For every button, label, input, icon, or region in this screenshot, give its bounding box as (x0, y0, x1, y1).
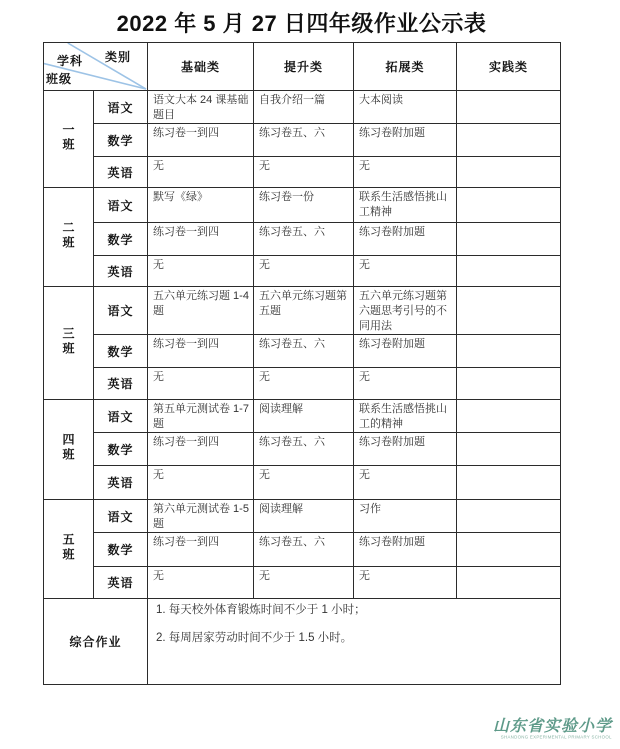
homework-cell: 五六单元练习题第六题思考引号的不同用法 (354, 287, 457, 335)
class-1-label: 一班 (44, 91, 94, 188)
homework-cell: 练习卷一到四 (148, 533, 254, 567)
table-row: 英语 无 无 无 (44, 157, 561, 188)
subject-label: 数学 (94, 223, 148, 256)
homework-cell (457, 368, 561, 400)
homework-cell: 第六单元测试卷 1-5 题 (148, 500, 254, 533)
homework-cell: 无 (148, 567, 254, 599)
homework-cell (457, 124, 561, 157)
homework-cell: 阅读理解 (254, 400, 354, 433)
homework-cell (457, 567, 561, 599)
homework-cell: 第五单元测试卷 1-7 题 (148, 400, 254, 433)
class-3-label: 三班 (44, 287, 94, 400)
table-row: 英语 无 无 无 (44, 368, 561, 400)
homework-cell: 无 (354, 567, 457, 599)
school-watermark: 山东省实验小学 SHANDONG EXPERIMENTAL PRIMARY SC… (410, 718, 612, 743)
table-row: 英语 无 无 无 (44, 567, 561, 599)
table-row: 三班 语文 五六单元练习题 1-4 题 五六单元练习题第五题 五六单元练习题第六… (44, 287, 561, 335)
homework-cell (457, 287, 561, 335)
table-row: 五班 语文 第六单元测试卷 1-5 题 阅读理解 习作 (44, 500, 561, 533)
subject-label: 语文 (94, 188, 148, 223)
corner-cell: 学科 类别 班级 (44, 43, 148, 91)
homework-cell: 练习卷五、六 (254, 335, 354, 368)
homework-cell: 语文大本 24 课基础题目 (148, 91, 254, 124)
homework-cell: 默写《绿》 (148, 188, 254, 223)
table-row: 数学 练习卷一到四 练习卷五、六 练习卷附加题 (44, 223, 561, 256)
homework-cell: 无 (254, 256, 354, 287)
subject-label: 英语 (94, 256, 148, 287)
table-row: 英语 无 无 无 (44, 256, 561, 287)
subject-label: 语文 (94, 400, 148, 433)
homework-cell: 练习卷一到四 (148, 223, 254, 256)
homework-cell: 无 (254, 157, 354, 188)
homework-cell: 无 (354, 157, 457, 188)
table-row: 数学 练习卷一到四 练习卷五、六 练习卷附加题 (44, 124, 561, 157)
table-row: 一班 语文 语文大本 24 课基础题目 自我介绍一篇 大本阅读 (44, 91, 561, 124)
page-title: 2022 年 5 月 27 日四年级作业公示表 (43, 7, 560, 38)
homework-cell (457, 335, 561, 368)
note-line-2: 2. 每周居家劳动时间不少于 1.5 小时。 (156, 631, 554, 646)
homework-cell: 练习卷附加题 (354, 533, 457, 567)
homework-cell (457, 157, 561, 188)
homework-cell: 联系生活感悟挑山工的精神 (354, 400, 457, 433)
homework-cell (457, 533, 561, 567)
homework-cell (457, 500, 561, 533)
homework-cell: 练习卷五、六 (254, 433, 354, 466)
comprehensive-homework-label: 综合作业 (44, 599, 148, 685)
subject-label: 数学 (94, 335, 148, 368)
homework-cell: 无 (148, 157, 254, 188)
class-4-label: 四班 (44, 400, 94, 500)
homework-cell: 五六单元练习题 1-4 题 (148, 287, 254, 335)
table-row: 英语 无 无 无 (44, 466, 561, 500)
homework-cell: 无 (148, 256, 254, 287)
corner-category-label: 类别 (105, 48, 131, 65)
column-header-practice: 实践类 (457, 43, 561, 91)
homework-cell (457, 433, 561, 466)
column-header-expand: 拓展类 (354, 43, 457, 91)
homework-cell: 练习卷五、六 (254, 533, 354, 567)
homework-cell (457, 223, 561, 256)
subject-label: 数学 (94, 533, 148, 567)
subject-label: 数学 (94, 124, 148, 157)
homework-cell: 无 (254, 368, 354, 400)
homework-cell: 联系生活感悟挑山工精神 (354, 188, 457, 223)
table-row: 二班 语文 默写《绿》 练习卷一份 联系生活感悟挑山工精神 (44, 188, 561, 223)
homework-cell (457, 256, 561, 287)
homework-cell: 练习卷一到四 (148, 335, 254, 368)
homework-cell: 无 (148, 368, 254, 400)
footer-row: 综合作业 1. 每天校外体育锻炼时间不少于 1 小时； 2. 每周居家劳动时间不… (44, 599, 561, 685)
homework-cell (457, 400, 561, 433)
homework-cell: 练习卷附加题 (354, 433, 457, 466)
homework-cell: 无 (148, 466, 254, 500)
homework-cell: 无 (254, 466, 354, 500)
homework-cell: 练习卷附加题 (354, 335, 457, 368)
subject-label: 语文 (94, 287, 148, 335)
homework-cell: 习作 (354, 500, 457, 533)
homework-cell: 练习卷一份 (254, 188, 354, 223)
class-5-label: 五班 (44, 500, 94, 599)
homework-cell: 五六单元练习题第五题 (254, 287, 354, 335)
homework-cell: 练习卷一到四 (148, 433, 254, 466)
corner-subject-label: 学科 (57, 52, 83, 69)
homework-cell: 阅读理解 (254, 500, 354, 533)
corner-class-label: 班级 (46, 70, 72, 87)
subject-label: 语文 (94, 91, 148, 124)
homework-cell (457, 91, 561, 124)
subject-label: 英语 (94, 466, 148, 500)
subject-label: 语文 (94, 500, 148, 533)
comprehensive-homework-notes: 1. 每天校外体育锻炼时间不少于 1 小时； 2. 每周居家劳动时间不少于 1.… (148, 599, 561, 685)
table-row: 数学 练习卷一到四 练习卷五、六 练习卷附加题 (44, 533, 561, 567)
note-line-1: 1. 每天校外体育锻炼时间不少于 1 小时； (156, 603, 554, 618)
homework-cell: 无 (354, 256, 457, 287)
homework-cell: 无 (354, 466, 457, 500)
subject-label: 英语 (94, 567, 148, 599)
header-row: 学科 类别 班级 基础类 提升类 拓展类 实践类 (44, 43, 561, 91)
column-header-improve: 提升类 (254, 43, 354, 91)
homework-cell: 自我介绍一篇 (254, 91, 354, 124)
homework-cell: 无 (254, 567, 354, 599)
homework-cell: 练习卷附加题 (354, 124, 457, 157)
homework-table: 学科 类别 班级 基础类 提升类 拓展类 实践类 一班 语文 语文大本 24 课… (43, 42, 561, 685)
table-row: 四班 语文 第五单元测试卷 1-7 题 阅读理解 联系生活感悟挑山工的精神 (44, 400, 561, 433)
homework-cell: 练习卷一到四 (148, 124, 254, 157)
subject-label: 英语 (94, 368, 148, 400)
homework-cell (457, 466, 561, 500)
class-2-label: 二班 (44, 188, 94, 287)
homework-cell (457, 188, 561, 223)
homework-cell: 练习卷五、六 (254, 124, 354, 157)
school-name-english: SHANDONG EXPERIMENTAL PRIMARY SCHOOL (501, 735, 612, 740)
subject-label: 英语 (94, 157, 148, 188)
column-header-basic: 基础类 (148, 43, 254, 91)
homework-cell: 大本阅读 (354, 91, 457, 124)
homework-cell: 无 (354, 368, 457, 400)
homework-cell: 练习卷五、六 (254, 223, 354, 256)
homework-cell: 练习卷附加题 (354, 223, 457, 256)
table-row: 数学 练习卷一到四 练习卷五、六 练习卷附加题 (44, 433, 561, 466)
table-row: 数学 练习卷一到四 练习卷五、六 练习卷附加题 (44, 335, 561, 368)
school-name-chinese: 山东省实验小学 (410, 718, 612, 735)
subject-label: 数学 (94, 433, 148, 466)
